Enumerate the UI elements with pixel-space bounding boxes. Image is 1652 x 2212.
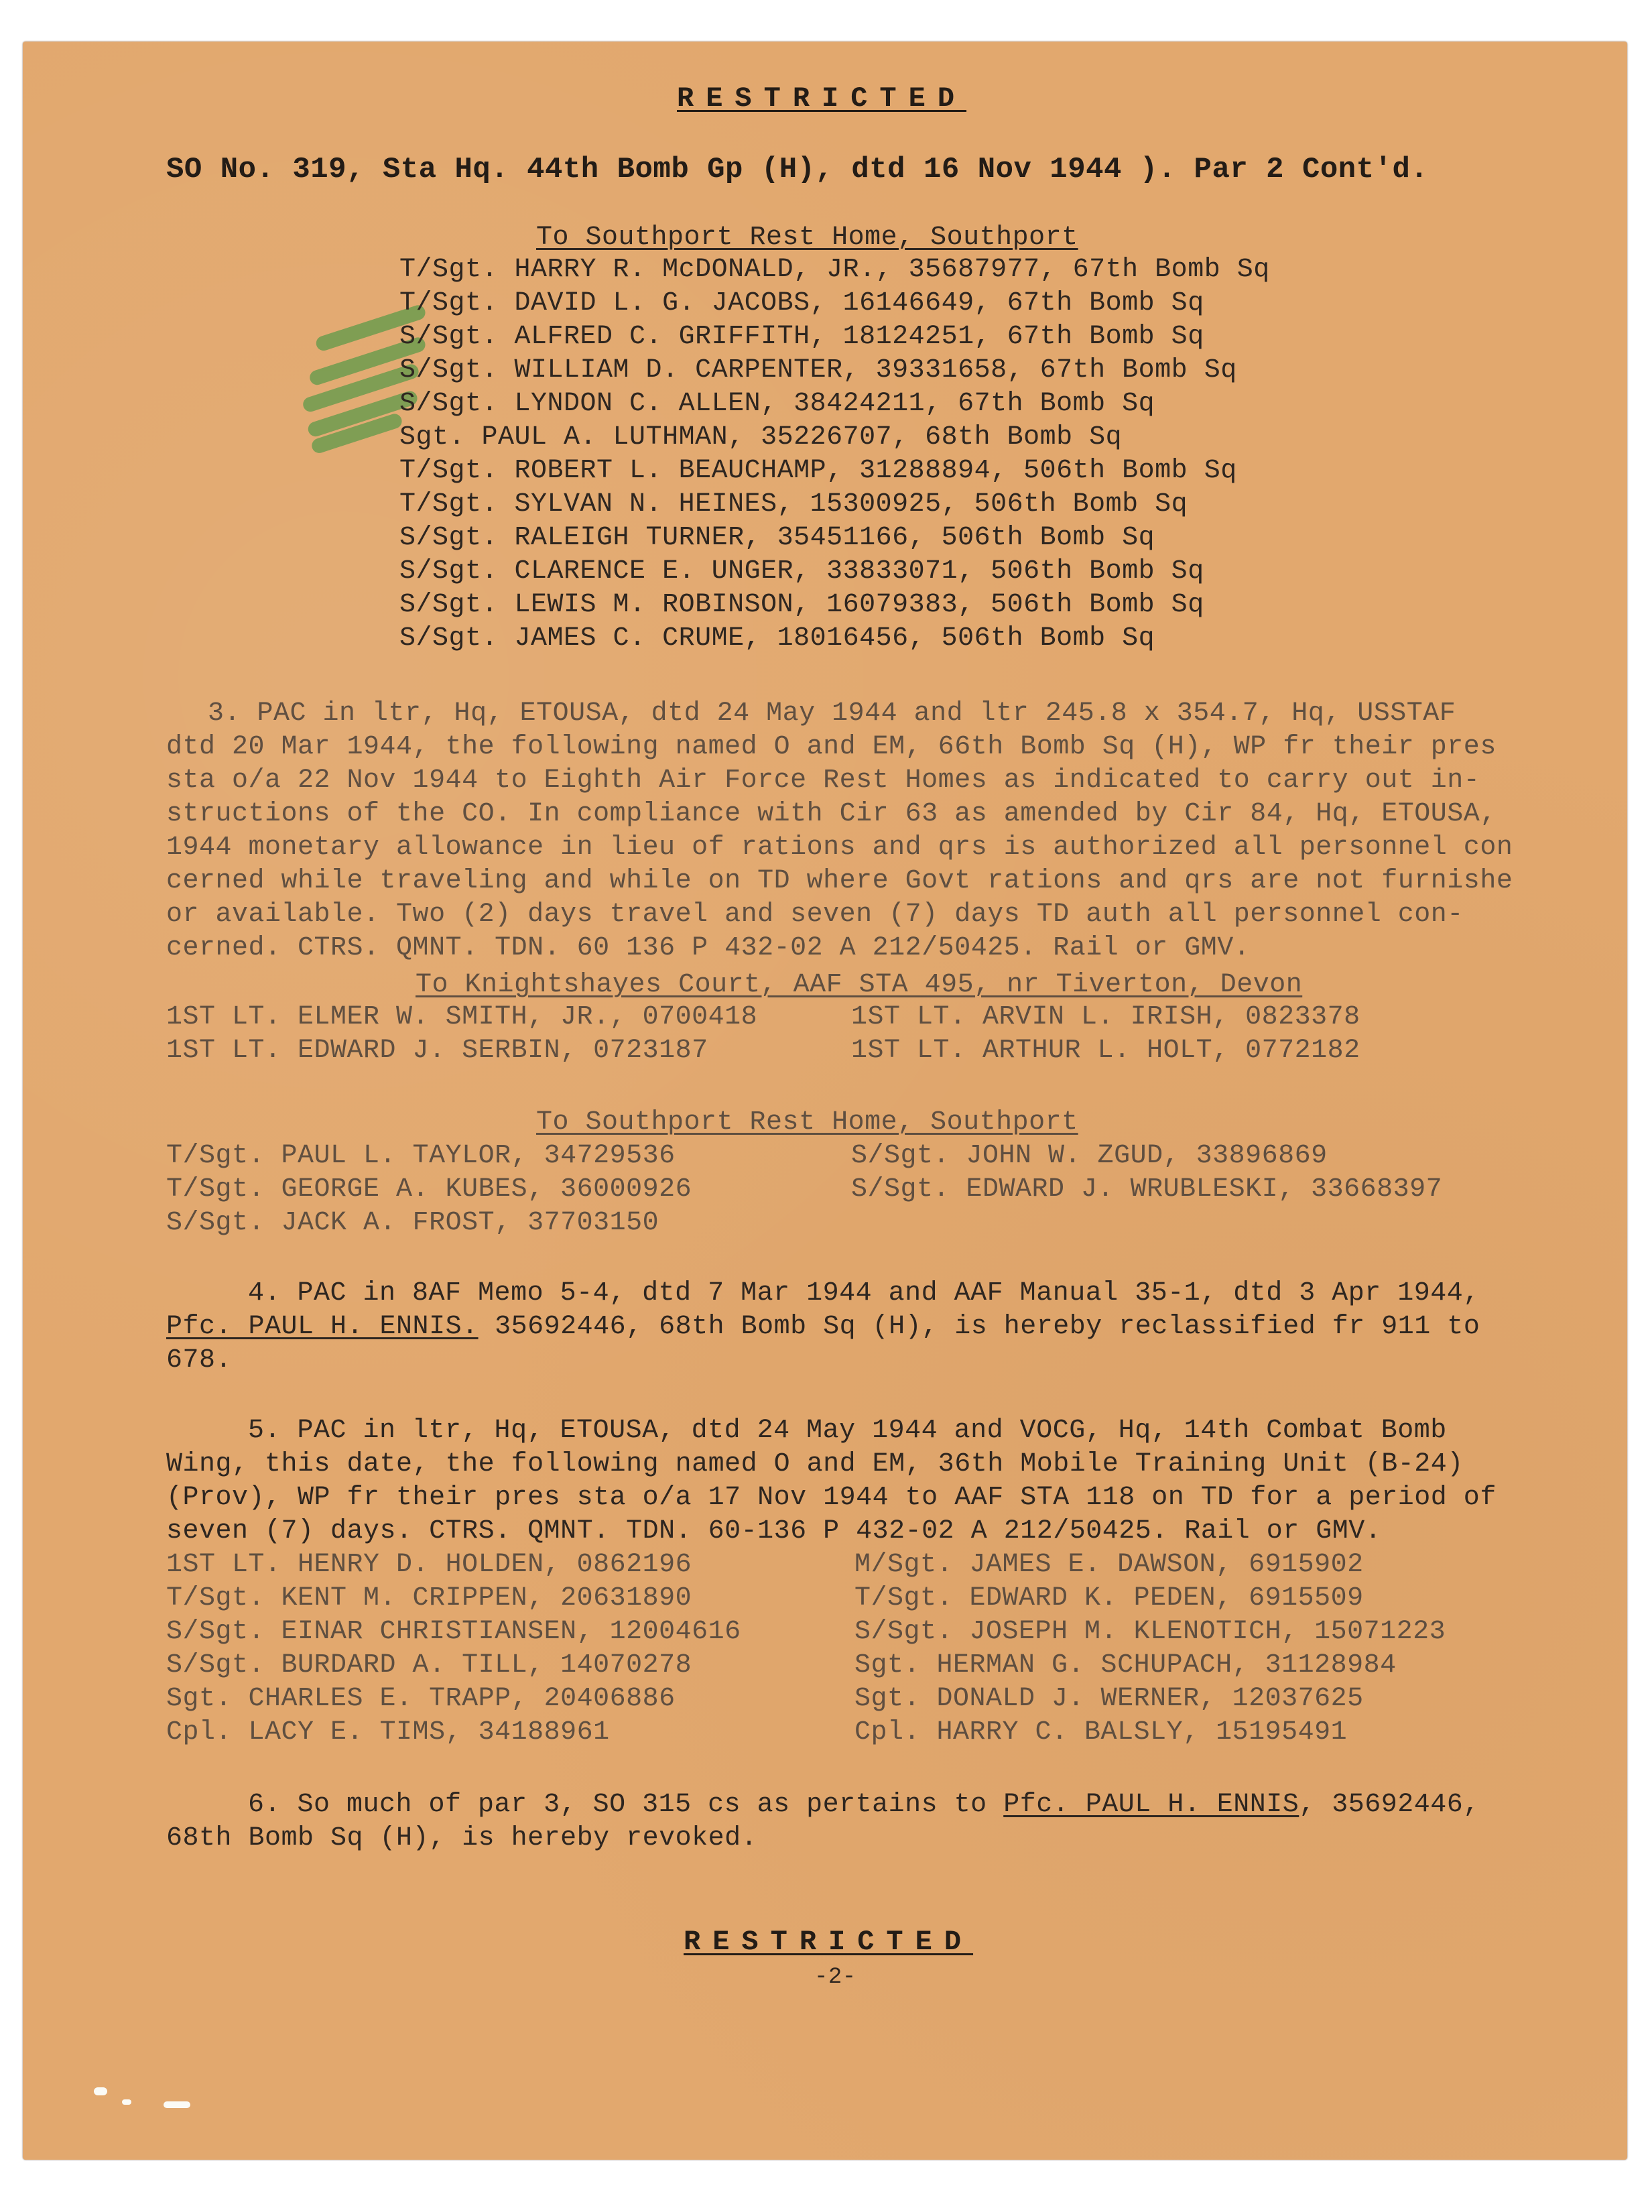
list-item: T/Sgt. PAUL L. TAYLOR, 34729536 [166, 1140, 676, 1173]
list-item: 1ST LT. ELMER W. SMITH, JR., 0700418 [166, 1001, 757, 1034]
list-item: T/Sgt. HARRY R. McDONALD, JR., 35687977,… [399, 253, 1270, 287]
list-item: Sgt. CHARLES E. TRAPP, 20406886 [166, 1682, 676, 1716]
list-item: 1ST LT. EDWARD J. SERBIN, 0723187 [166, 1034, 708, 1068]
list-item: Cpl. HARRY C. BALSLY, 15195491 [854, 1716, 1347, 1749]
list-item: Cpl. LACY E. TIMS, 34188961 [166, 1716, 610, 1749]
list-item: S/Sgt. JACK A. FROST, 37703150 [166, 1207, 659, 1240]
destination-heading: To Knightshayes Court, AAF STA 495, nr T… [416, 969, 1302, 1002]
paragraph-line: 68th Bomb Sq (H), is hereby revoked. [166, 1822, 757, 1855]
list-item: S/Sgt. EINAR CHRISTIANSEN, 12004616 [166, 1615, 741, 1649]
paragraph-line: Pfc. PAUL H. ENNIS. 35692446, 68th Bomb … [166, 1310, 1480, 1344]
list-item: S/Sgt. LYNDON C. ALLEN, 38424211, 67th B… [399, 387, 1155, 421]
destination-heading: To Southport Rest Home, Southport [536, 1106, 1078, 1140]
classification-bottom: RESTRICTED [684, 1925, 973, 1959]
paragraph-line: seven (7) days. CTRS. QMNT. TDN. 60-136 … [166, 1515, 1381, 1548]
order-header: SO No. 319, Sta Hq. 44th Bomb Gp (H), dt… [166, 153, 1428, 186]
paragraph-line: 6. So much of par 3, SO 315 cs as pertai… [248, 1788, 1480, 1822]
paragraph-line: Wing, this date, the following named O a… [166, 1448, 1464, 1481]
list-item: T/Sgt. DAVID L. G. JACOBS, 16146649, 67t… [399, 287, 1204, 320]
list-item: Sgt. DONALD J. WERNER, 12037625 [854, 1682, 1364, 1716]
paragraph-line: dtd 20 Mar 1944, the following named O a… [166, 731, 1497, 764]
destination-heading: To Southport Rest Home, Southport [536, 221, 1078, 255]
list-item: 1ST LT. HENRY D. HOLDEN, 0862196 [166, 1548, 692, 1582]
paragraph-line: 1944 monetary allowance in lieu of ratio… [166, 831, 1513, 865]
page-number: -2- [814, 1961, 856, 1994]
paragraph-line: (Prov), WP fr their pres sta o/a 17 Nov … [166, 1481, 1497, 1515]
list-item: T/Sgt. ROBERT L. BEAUCHAMP, 31288894, 50… [399, 454, 1237, 488]
paragraph-line: sta o/a 22 Nov 1944 to Eighth Air Force … [166, 764, 1480, 798]
list-item: T/Sgt. SYLVAN N. HEINES, 15300925, 506th… [399, 488, 1188, 521]
underlined-name: Pfc. PAUL H. ENNIS. [166, 1312, 479, 1342]
paper-damage [122, 2099, 131, 2105]
list-item: Sgt. PAUL A. LUTHMAN, 35226707, 68th Bom… [399, 421, 1122, 454]
list-item: S/Sgt. WILLIAM D. CARPENTER, 39331658, 6… [399, 354, 1237, 387]
list-item: T/Sgt. KENT M. CRIPPEN, 20631890 [166, 1582, 692, 1615]
underlined-name: Pfc. PAUL H. ENNIS [1003, 1790, 1299, 1820]
list-item: S/Sgt. JAMES C. CRUME, 18016456, 506th B… [399, 622, 1155, 656]
list-item: T/Sgt. GEORGE A. KUBES, 36000926 [166, 1173, 692, 1207]
paragraph-line: 678. [166, 1344, 232, 1377]
list-item: S/Sgt. EDWARD J. WRUBLESKI, 33668397 [851, 1173, 1442, 1207]
list-item: S/Sgt. JOSEPH M. KLENOTICH, 15071223 [854, 1615, 1446, 1649]
paragraph-line: 4. PAC in 8AF Memo 5-4, dtd 7 Mar 1944 a… [248, 1277, 1480, 1310]
list-item: S/Sgt. LEWIS M. ROBINSON, 16079383, 506t… [399, 589, 1204, 622]
paragraph-line: cerned while traveling and while on TD w… [166, 865, 1513, 898]
list-item: 1ST LT. ARTHUR L. HOLT, 0772182 [851, 1034, 1360, 1068]
paragraph-line: or available. Two (2) days travel and se… [166, 898, 1464, 932]
paper-damage [94, 2087, 107, 2095]
paragraph-line: 3. PAC in ltr, Hq, ETOUSA, dtd 24 May 19… [208, 697, 1456, 731]
paragraph-line: cerned. CTRS. QMNT. TDN. 60 136 P 432-02… [166, 932, 1250, 965]
list-item: S/Sgt. JOHN W. ZGUD, 33896869 [851, 1140, 1328, 1173]
list-item: Sgt. HERMAN G. SCHUPACH, 31128984 [854, 1649, 1397, 1682]
list-item: T/Sgt. EDWARD K. PEDEN, 6915509 [854, 1582, 1364, 1615]
list-item: S/Sgt. RALEIGH TURNER, 35451166, 506th B… [399, 521, 1155, 555]
list-item: S/Sgt. CLARENCE E. UNGER, 33833071, 506t… [399, 555, 1204, 589]
paper-damage [164, 2101, 190, 2108]
paragraph-line: structions of the CO. In compliance with… [166, 798, 1497, 831]
list-item: S/Sgt. ALFRED C. GRIFFITH, 18124251, 67t… [399, 320, 1204, 354]
list-item: 1ST LT. ARVIN L. IRISH, 0823378 [851, 1001, 1360, 1034]
list-item: M/Sgt. JAMES E. DAWSON, 6915902 [854, 1548, 1364, 1582]
classification-top: RESTRICTED [677, 82, 966, 115]
paragraph-line: 5. PAC in ltr, Hq, ETOUSA, dtd 24 May 19… [248, 1414, 1447, 1448]
list-item: S/Sgt. BURDARD A. TILL, 14070278 [166, 1649, 692, 1682]
